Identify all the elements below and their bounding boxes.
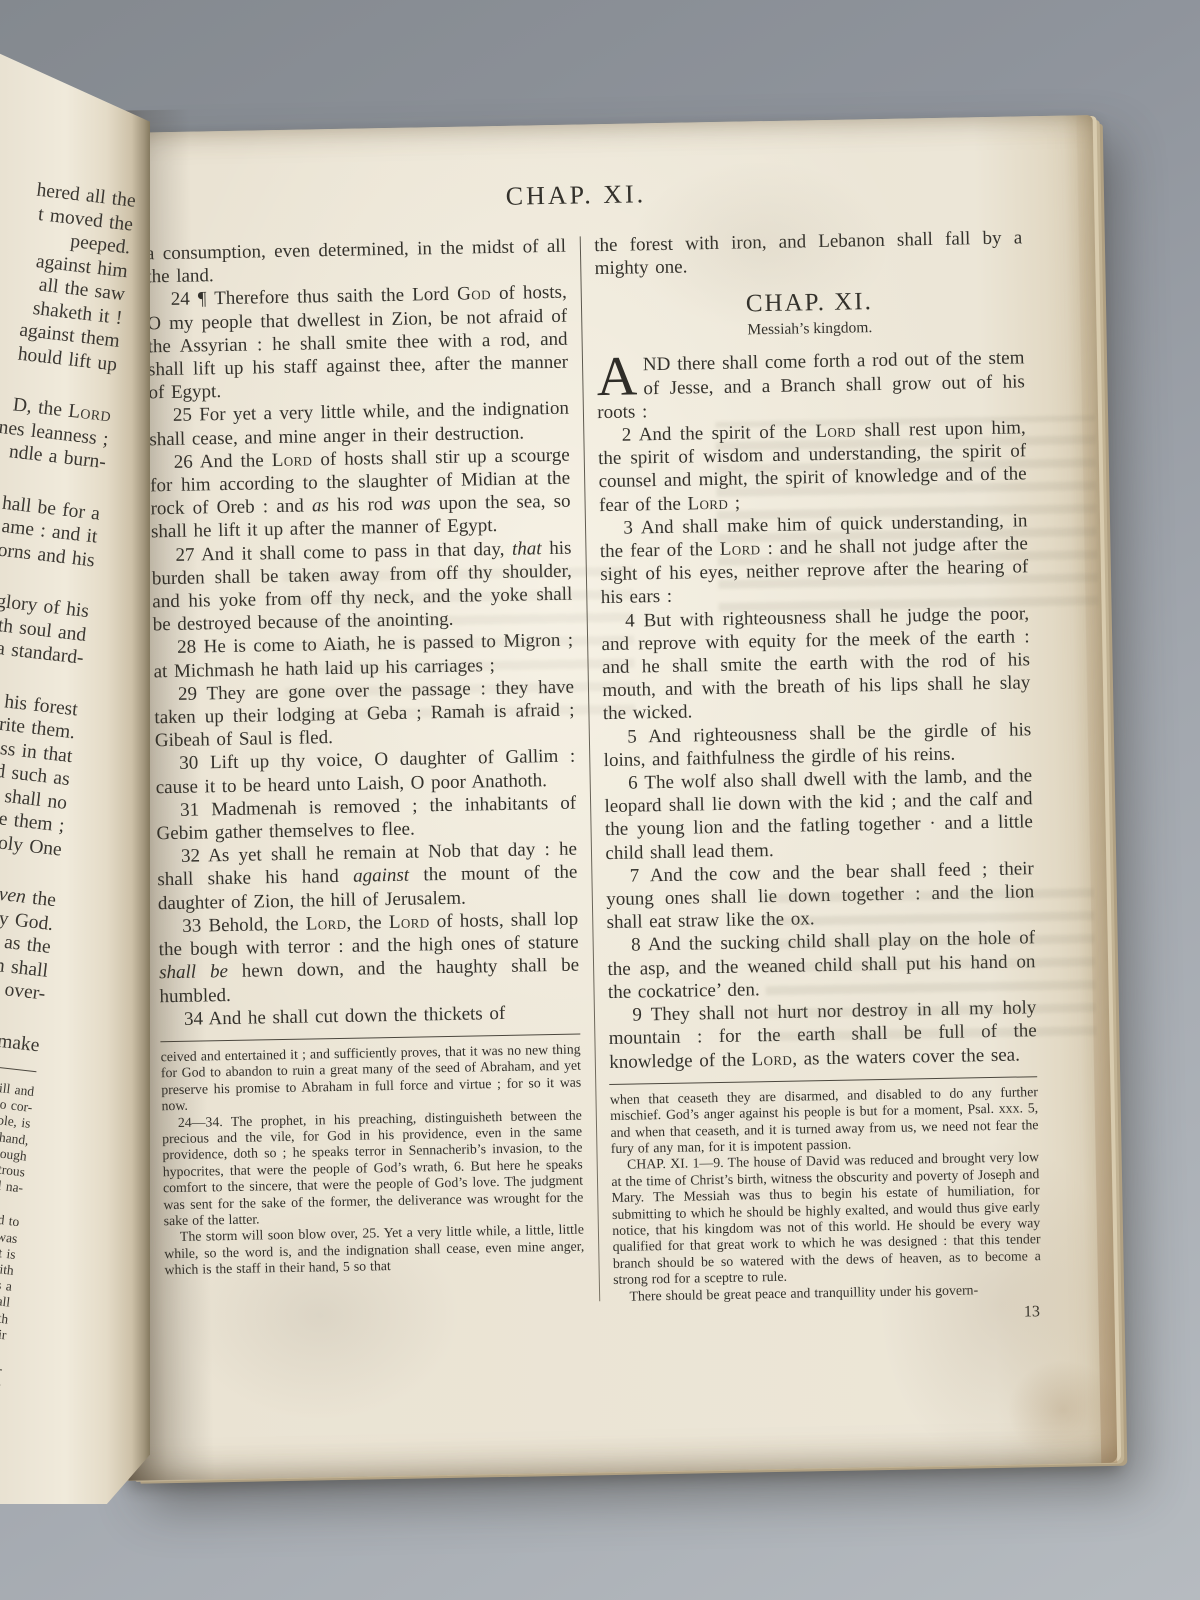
verse-paragraph: 4 But with righteousness shall he judge … <box>601 602 1031 726</box>
chapter-heading: CHAP. XI. <box>595 286 1023 322</box>
verse-paragraph: 27 And it shall come to pass in that day… <box>151 536 573 636</box>
right-column: the forest with iron, and Lebanon shall … <box>594 226 1042 1329</box>
commentary-paragraph: The storm will soon blow over, 25. Yet a… <box>164 1222 585 1279</box>
verse-paragraph: 30 Lift up thy voice, O daughter of Gall… <box>155 745 576 799</box>
page-fragment-line: salvation of a rem- <box>0 1341 3 1377</box>
verse-paragraph: 6 The wolf also shall dwell with the lam… <box>604 764 1034 865</box>
verse-paragraph: 7 And the cow and the bear shall feed ; … <box>606 857 1035 934</box>
page-fragment-line: rn, even the <box>0 869 57 912</box>
verse-paragraph: 31 Madmenah is removed ; the inhabitants… <box>156 791 577 845</box>
verse-paragraph: 8 And the sucking child shall play on th… <box>607 927 1036 1004</box>
verse-paragraph: 33 Behold, the Lord, the Lord of hosts, … <box>158 907 580 1007</box>
left-page-text: hered all thet moved thepeeped.against h… <box>0 170 145 1411</box>
verse-paragraph: 26 And the Lord of hosts shall stir up a… <box>150 443 572 543</box>
verse-paragraph: 2 And the spirit of the Lord shall rest … <box>598 416 1028 517</box>
running-head: CHAP. XI. <box>145 173 1007 219</box>
verse-paragraph: 29 They are gone over the passage : they… <box>154 675 575 752</box>
page-number: 13 <box>614 1303 1040 1329</box>
chapter-subtitle: Messiah’s kingdom. <box>596 317 1024 343</box>
left-column-commentary: ceived and entertained it ; and sufficie… <box>161 1041 585 1278</box>
left-page-commentary-fragments: metimes to kill andare his rod to cor-sm… <box>0 1064 35 1409</box>
left-column-verses: a consumption, even determined, in the m… <box>146 235 580 1031</box>
commentary-paragraph: CHAP. XI. 1—9. The house of David was re… <box>611 1150 1041 1289</box>
verse-paragraph: 32 As yet shall he remain at Nob that da… <box>157 838 578 915</box>
page-fragment-line: ts shall make <box>0 1014 41 1057</box>
verse-paragraph-first: AND there shall come forth a rod out of … <box>596 347 1025 424</box>
right-column-verses: 2 And the spirit of the Lord shall rest … <box>598 416 1038 1073</box>
first-verse-text: ND there shall come forth a rod out of t… <box>597 348 1025 423</box>
page-text-area: a consumption, even determined, in the m… <box>146 226 1042 1337</box>
left-column: a consumption, even determined, in the m… <box>146 235 586 1337</box>
page-fragment-line: him, threatened to <box>0 1195 20 1231</box>
left-page-main-fragments: hered all thet moved thepeeped.against h… <box>0 170 137 1057</box>
book-photo: CHAP. XI. a consumption, even determined… <box>0 0 1200 1600</box>
right-page: CHAP. XI. a consumption, even determined… <box>100 115 1118 1481</box>
left-column-rule <box>160 1033 580 1042</box>
verse-paragraph: 5 And righteousness shall be the girdle … <box>603 718 1032 772</box>
verse-paragraph: 28 He is come to Aiath, he is passed to … <box>153 629 574 683</box>
left-page-curl: hered all thet moved thepeeped.against h… <box>0 52 150 1504</box>
verse-paragraph: 9 They shall not hurt nor destroy in all… <box>608 996 1037 1073</box>
right-column-commentary: when that ceaseth they are disarmed, and… <box>610 1084 1042 1305</box>
verse-paragraph: 25 For yet a very little while, and the … <box>149 397 570 451</box>
commentary-paragraph: 24—34. The prophet, in his preaching, di… <box>162 1107 584 1230</box>
commentary-paragraph: when that ceaseth they are disarmed, and… <box>610 1084 1039 1157</box>
right-column-rule <box>610 1076 1038 1085</box>
commentary-paragraph: ceived and entertained it ; and sufficie… <box>161 1041 582 1114</box>
verse-paragraph: 24 ¶ Therefore thus saith the Lord God o… <box>147 281 569 405</box>
drop-cap: A <box>596 354 643 400</box>
verse-paragraph: 3 And shall make him of quick understand… <box>599 509 1029 610</box>
verse-paragraph: a consumption, even determined, in the m… <box>146 235 567 289</box>
verse-continuation: the forest with iron, and Lebanon shall … <box>594 226 1023 280</box>
